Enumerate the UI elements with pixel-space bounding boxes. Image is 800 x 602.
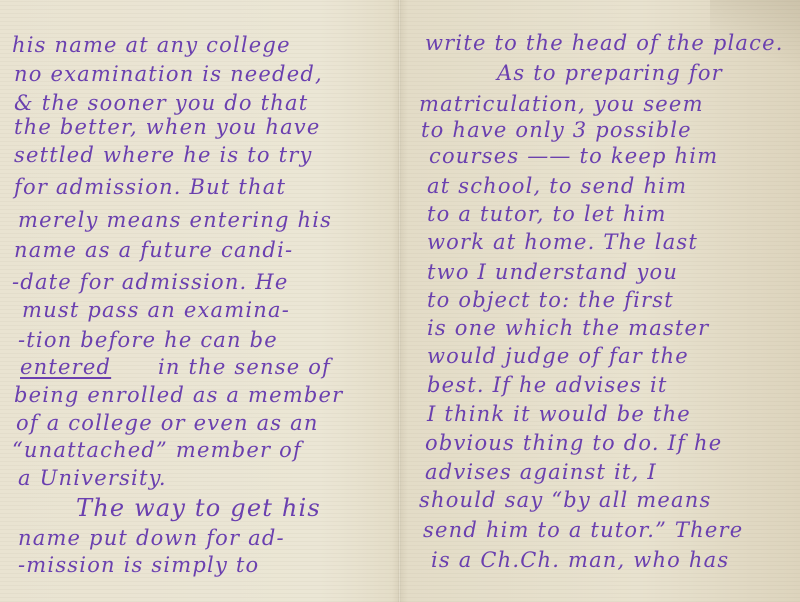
text-line: to a tutor, to let him — [427, 204, 667, 225]
text-line: is one which the master — [427, 318, 709, 339]
text-line: -date for admission. He — [12, 272, 288, 293]
text-line: merely means entering his — [18, 210, 332, 231]
text-line: no examination is needed, — [14, 64, 323, 85]
text-line: “unattached” member of — [12, 440, 302, 461]
left-page: his name at any college no examination i… — [0, 0, 398, 602]
text-line: settled where he is to try — [14, 145, 313, 166]
text-line: a University. — [18, 468, 167, 489]
text-line: should say “by all means — [419, 490, 711, 511]
right-page: write to the head of the place. As to pr… — [401, 0, 800, 602]
text-line: must pass an examina- — [22, 300, 290, 321]
text-line: work at home. The last — [427, 232, 698, 253]
text-line: would judge of far the — [427, 346, 689, 367]
text-line: obvious thing to do. If he — [425, 433, 722, 454]
text-line: two I understand you — [427, 262, 678, 283]
text-line: send him to a tutor.” There — [423, 520, 743, 541]
text-line: The way to get his — [76, 496, 321, 520]
text-line: name put down for ad- — [18, 528, 285, 549]
text-line: matriculation, you seem — [419, 94, 704, 115]
letter-spread: his name at any college no examination i… — [0, 0, 800, 602]
text-line: of a college or even as an — [16, 413, 319, 434]
text-line: at school, to send him — [427, 176, 687, 197]
text-line: I think it would be the — [427, 404, 691, 425]
text-line: -mission is simply to — [18, 555, 259, 576]
text-line: & the sooner you do that — [14, 93, 308, 114]
text-line: best. If he advises it — [427, 375, 668, 396]
text-line: courses —— to keep him — [429, 146, 718, 167]
text-line: to have only 3 possible — [421, 120, 692, 141]
text-line: advises against it, I — [425, 462, 657, 483]
text-line: the better, when you have — [14, 117, 321, 138]
text-line: name as a future candi- — [14, 240, 293, 261]
text-line: for admission. But that — [14, 177, 286, 198]
text-line: in the sense of — [158, 357, 331, 378]
text-line: to object to: the first — [427, 290, 674, 311]
text-line: is a Ch.Ch. man, who has — [431, 550, 729, 571]
text-line: -tion before he can be — [18, 330, 278, 351]
text-line: his name at any college — [12, 35, 291, 56]
text-line: being enrolled as a member — [14, 385, 343, 406]
text-line: As to preparing for — [497, 63, 723, 84]
text-line: write to the head of the place. — [425, 33, 784, 54]
underlined-word: entered — [20, 357, 111, 378]
